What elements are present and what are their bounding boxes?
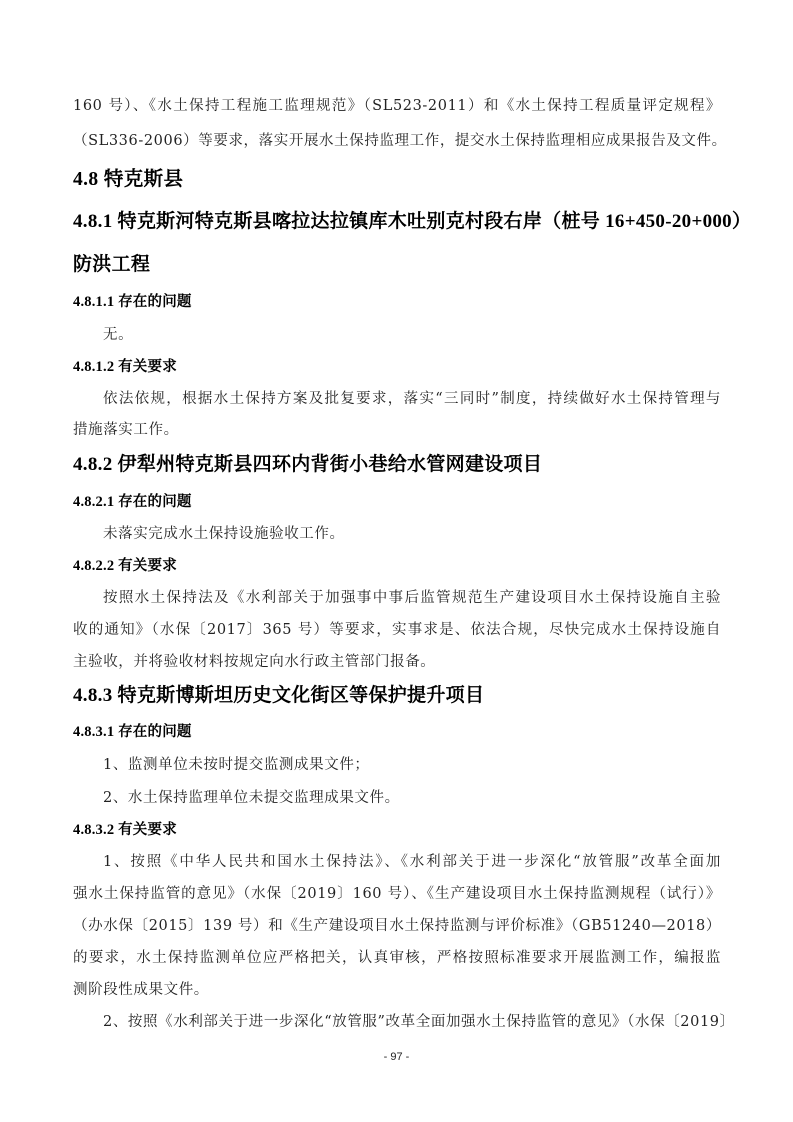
- body-text-line: 的要求，水土保持监测单位应严格把关，认真审核，严格按照标准要求开展监测工作，编报…: [73, 948, 721, 968]
- page-number: - 97 -: [0, 1051, 793, 1063]
- list-item: 1、监测单位未按时提交监测成果文件；: [103, 755, 721, 775]
- body-text-line: 160 号）、《水土保持工程施工监理规范》（SL523-2011）和《水土保持工…: [73, 96, 721, 116]
- subsection-heading-4-8-1: 4.8.1 特克斯河特克斯县喀拉达拉镇库木吐别克村段右岸（桩号 16+450-2…: [73, 209, 721, 235]
- subsection-heading-4-8-1-cont: 防洪工程: [73, 252, 721, 278]
- body-text-line: 主验收，并将验收材料按规定向水行政主管部门报备。: [73, 652, 721, 672]
- body-text-line: 未落实完成水土保持设施验收工作。: [103, 524, 721, 544]
- body-text-line: （SL336-2006）等要求，落实开展水土保持监理工作，提交水土保持监理相应成…: [73, 131, 721, 151]
- body-text-line: 依法依规，根据水土保持方案及批复要求，落实“三同时”制度，持续做好水土保持管理与: [103, 389, 721, 409]
- body-text-line: 按照水土保持法及《水利部关于加强事中事后监管规范生产建设项目水土保持设施自主验: [103, 588, 721, 608]
- body-text-line: 测阶段性成果文件。: [73, 980, 721, 1000]
- heading-4-8-1-1: 4.8.1.1 存在的问题: [73, 292, 721, 312]
- list-item: 2、水土保持监理单位未提交监理成果文件。: [103, 788, 721, 808]
- heading-4-8-2-2: 4.8.2.2 有关要求: [73, 556, 721, 576]
- subsection-heading-4-8-2: 4.8.2 伊犁州特克斯县四环内背街小巷给水管网建设项目: [73, 452, 721, 478]
- document-page: 160 号）、《水土保持工程施工监理规范》（SL523-2011）和《水土保持工…: [0, 0, 793, 1122]
- body-text-line: 无。: [103, 325, 721, 345]
- section-heading-4-8: 4.8 特克斯县: [73, 167, 721, 193]
- body-text-line: 收的通知》（水保〔2017〕365 号）等要求，实事求是、依法合规，尽快完成水土…: [73, 620, 721, 640]
- body-text-line: 1、按照《中华人民共和国水土保持法》、《水利部关于进一步深化“放管服”改革全面加: [103, 852, 721, 872]
- body-text-line: （办水保〔2015〕139 号）和《生产建设项目水土保持监测与评价标准》（GB5…: [73, 916, 721, 936]
- body-text-line: 措施落实工作。: [73, 420, 721, 440]
- heading-4-8-2-1: 4.8.2.1 存在的问题: [73, 492, 721, 512]
- heading-4-8-1-2: 4.8.1.2 有关要求: [73, 357, 721, 377]
- subsection-heading-4-8-3: 4.8.3 特克斯博斯坦历史文化街区等保护提升项目: [73, 683, 721, 709]
- body-text-line: 强水土保持监管的意见》（水保〔2019〕160 号）、《生产建设项目水土保持监测…: [73, 884, 721, 904]
- heading-4-8-3-1: 4.8.3.1 存在的问题: [73, 722, 721, 742]
- heading-4-8-3-2: 4.8.3.2 有关要求: [73, 820, 721, 840]
- body-text-line: 2、按照《水利部关于进一步深化“放管服”改革全面加强水土保持监管的意见》（水保〔…: [103, 1012, 721, 1032]
